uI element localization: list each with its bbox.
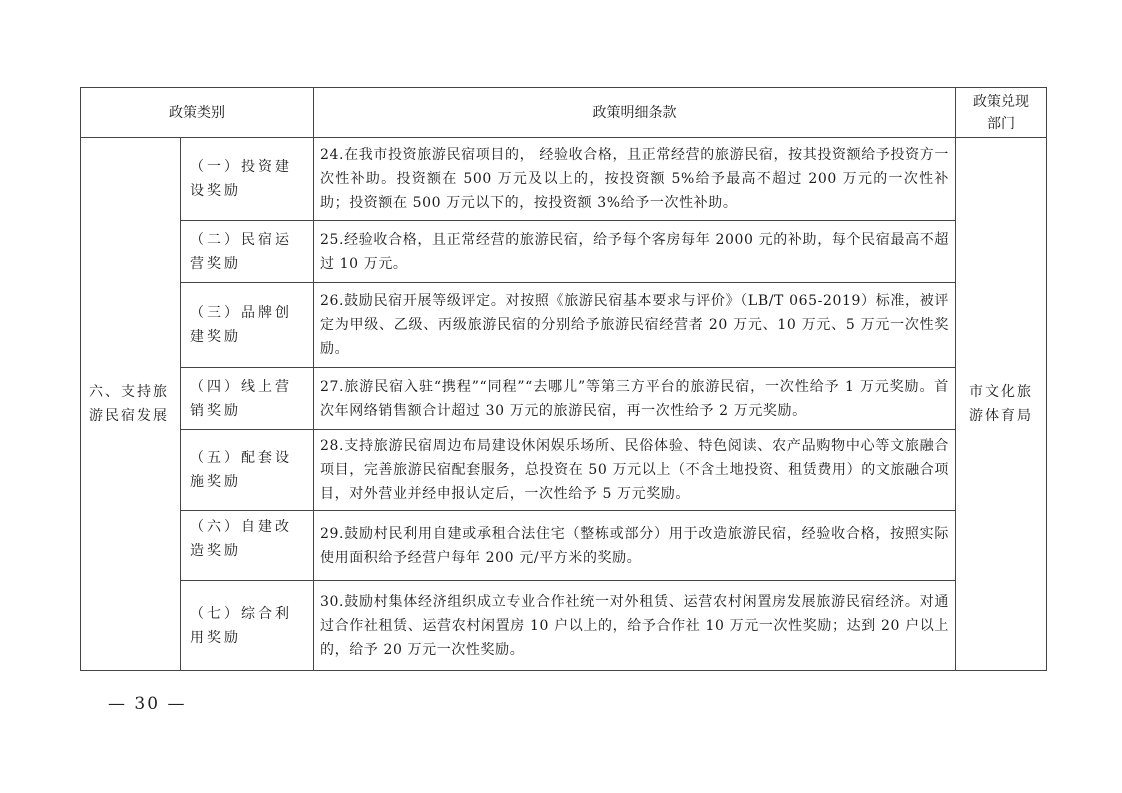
detail-cell: 29.鼓励村民利用自建或承租合法住宅（整栋或部分）用于改造旅游民宿，经验收合格，… [314,511,956,581]
category-cell: 六、支持旅游民宿发展 [81,138,181,671]
detail-cell: 27.旅游民宿入驻“携程”“同程”“去哪儿”等第三方平台的旅游民宿，一次性给予 … [314,368,956,430]
detail-cell: 24.在我市投资旅游民宿项目的， 经验收合格，且正常经营的旅游民宿，按其投资额给… [314,138,956,221]
header-row: 政策类别 政策明细条款 政策兑现部门 [81,88,1047,138]
detail-cell: 30.鼓励村集体经济组织成立专业合作社统一对外租赁、运营农村闲置房发展旅游民宿经… [314,581,956,671]
subcategory-cell: （四）线上营销奖励 [181,368,314,430]
table-row: （四）线上营销奖励 27.旅游民宿入驻“携程”“同程”“去哪儿”等第三方平台的旅… [81,368,1047,430]
subcategory-cell: （六）自建改造奖励 [181,511,314,581]
subcategory-cell: （七）综合利用奖励 [181,581,314,671]
page-number: — 30 — [108,694,186,714]
table-row: 六、支持旅游民宿发展 （一）投资建设奖励 24.在我市投资旅游民宿项目的， 经验… [81,138,1047,221]
table-row: （二）民宿运营奖励 25.经验收合格，且正常经营的旅游民宿，给予每个客房每年 2… [81,221,1047,283]
department-cell: 市文化旅游体育局 [956,138,1047,671]
subcategory-cell: （二）民宿运营奖励 [181,221,314,283]
table-row: （七）综合利用奖励 30.鼓励村集体经济组织成立专业合作社统一对外租赁、运营农村… [81,581,1047,671]
table-row: （六）自建改造奖励 29.鼓励村民利用自建或承租合法住宅（整栋或部分）用于改造旅… [81,511,1047,581]
policy-table: 政策类别 政策明细条款 政策兑现部门 六、支持旅游民宿发展 （一）投资建设奖励 … [80,87,1047,671]
subcategory-cell: （五）配套设施奖励 [181,430,314,511]
header-details: 政策明细条款 [314,88,956,138]
subcategory-cell: （一）投资建设奖励 [181,138,314,221]
header-category: 政策类别 [81,88,314,138]
subcategory-cell: （三）品牌创建奖励 [181,283,314,368]
detail-cell: 26.鼓励民宿开展等级评定。对按照《旅游民宿基本要求与评价》（LB/T 065-… [314,283,956,368]
detail-cell: 25.经验收合格，且正常经营的旅游民宿，给予每个客房每年 2000 元的补助，每… [314,221,956,283]
detail-cell: 28.支持旅游民宿周边布局建设休闲娱乐场所、民俗体验、特色阅读、农产品购物中心等… [314,430,956,511]
table-row: （五）配套设施奖励 28.支持旅游民宿周边布局建设休闲娱乐场所、民俗体验、特色阅… [81,430,1047,511]
table-row: （三）品牌创建奖励 26.鼓励民宿开展等级评定。对按照《旅游民宿基本要求与评价》… [81,283,1047,368]
header-department: 政策兑现部门 [956,88,1047,138]
